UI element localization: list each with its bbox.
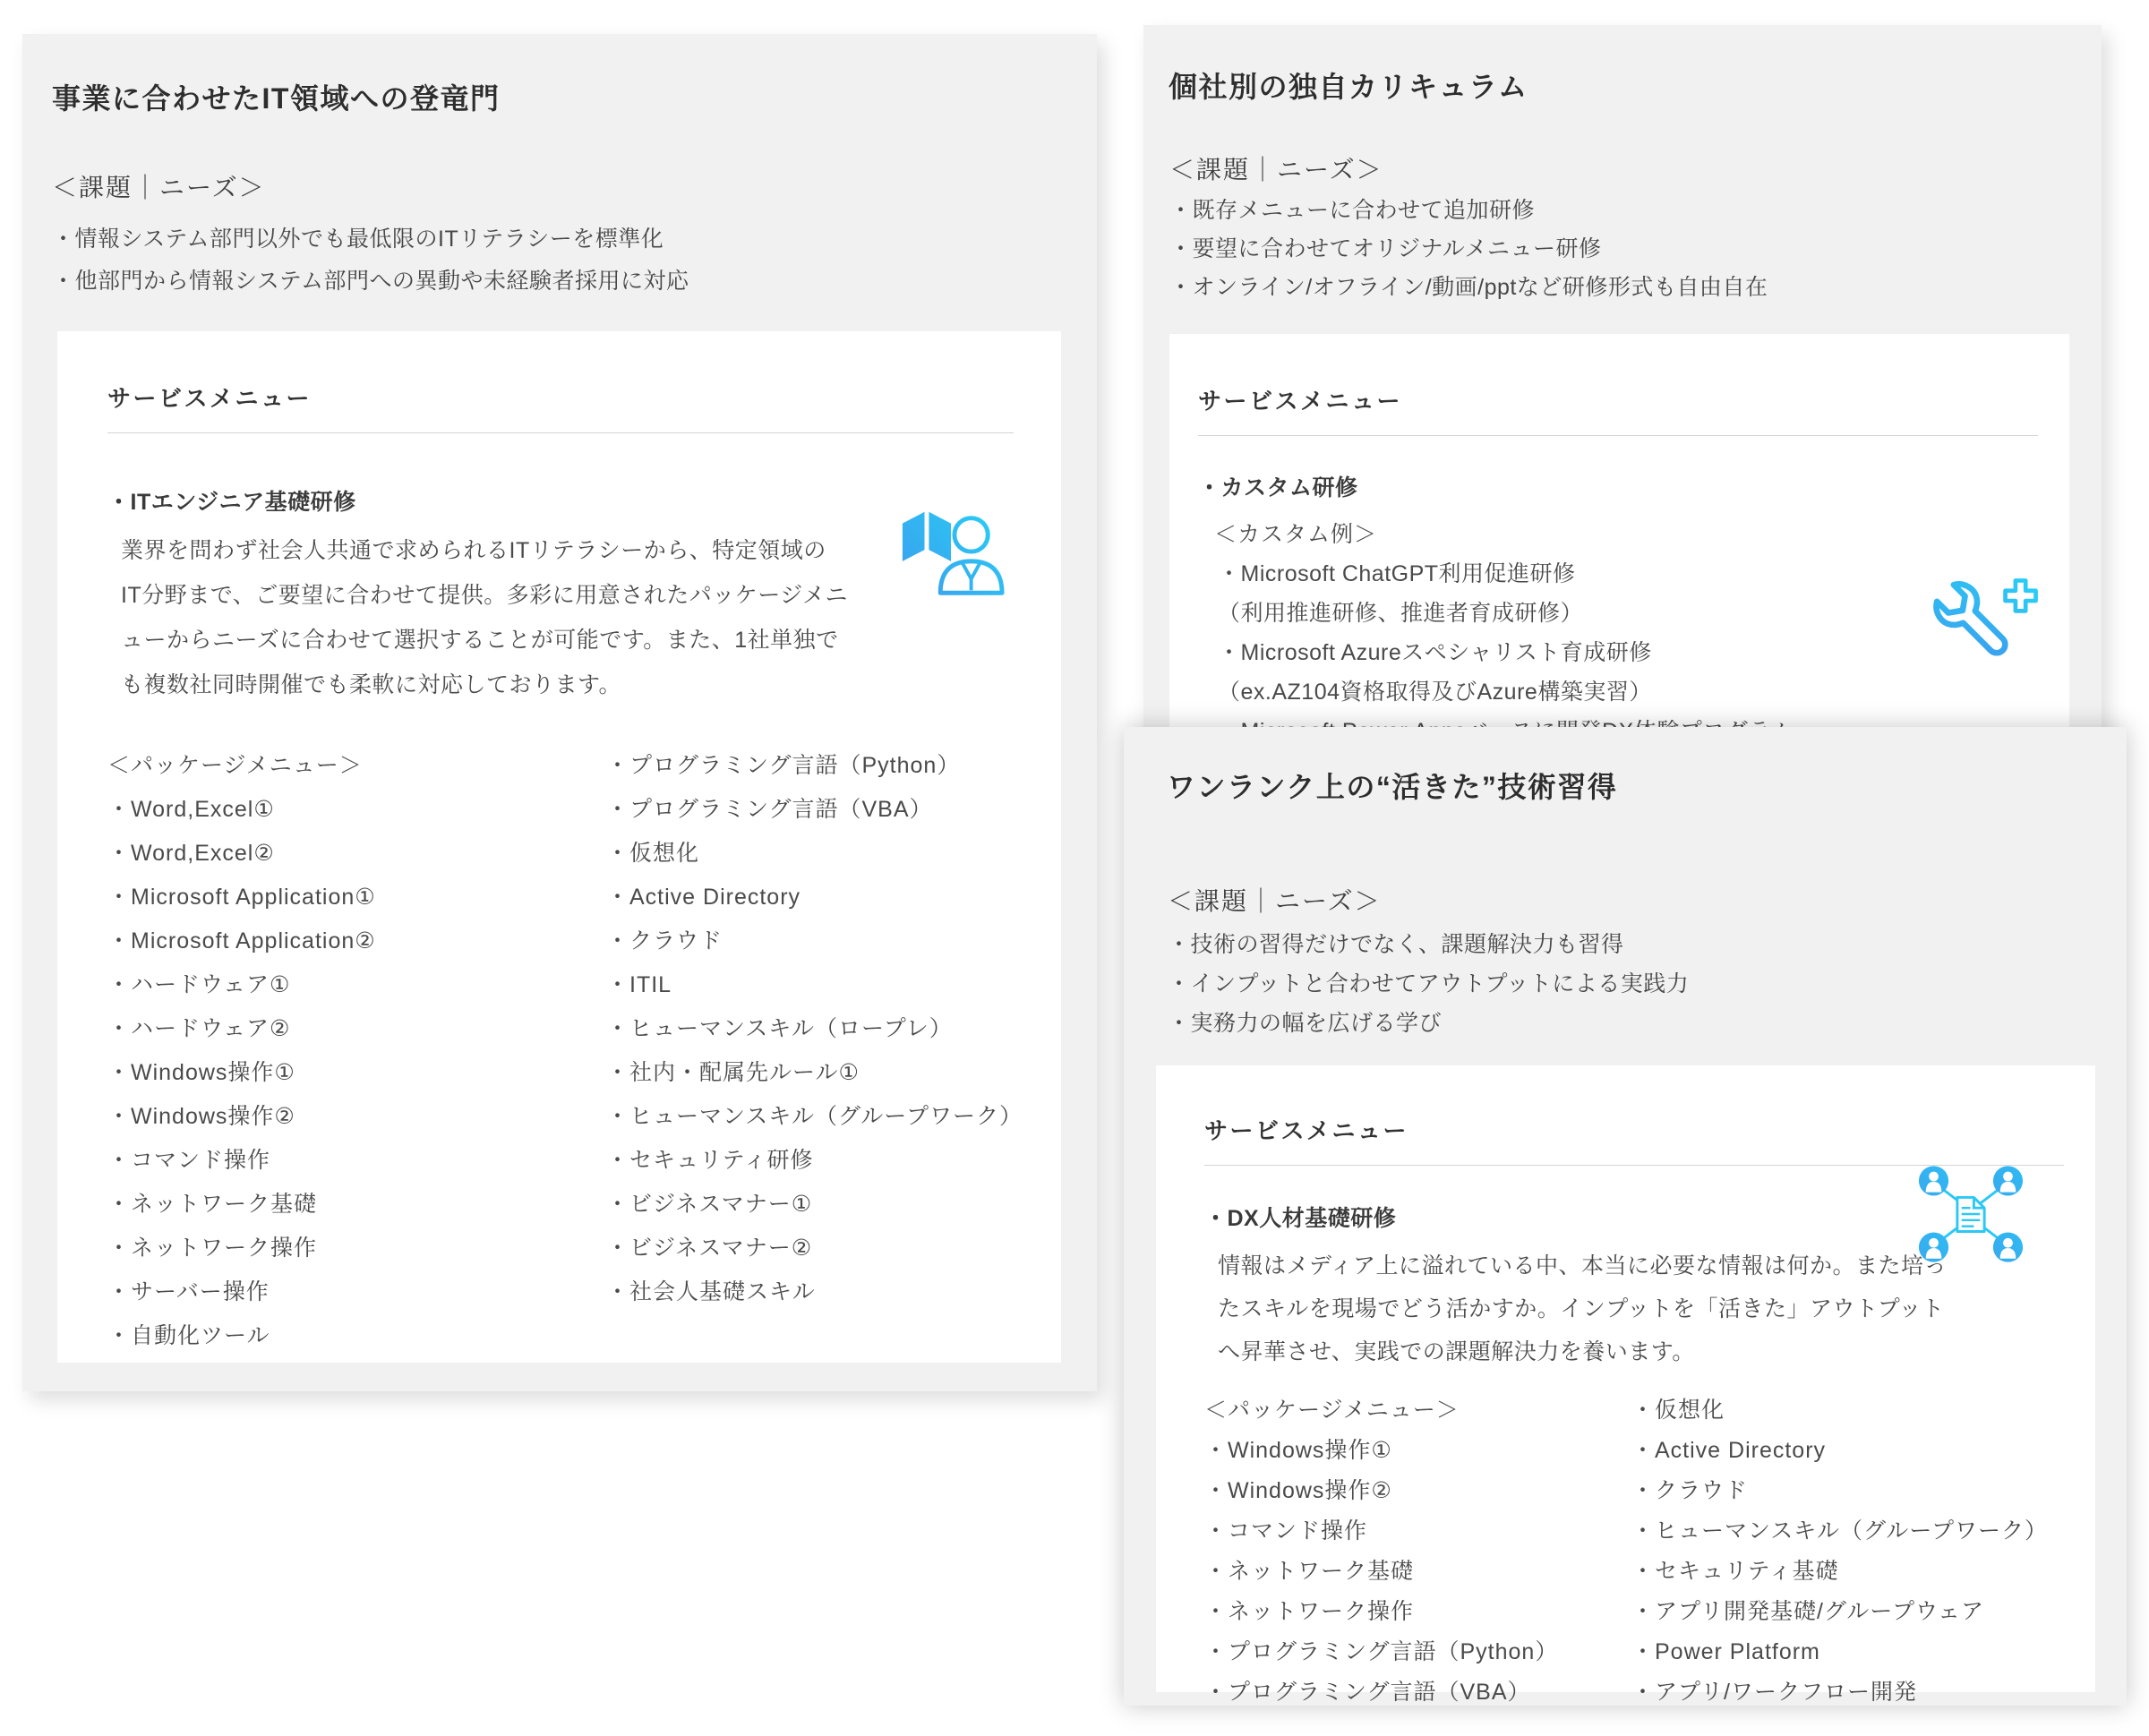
package-item: ・クラウド xyxy=(1631,1471,2048,1511)
package-item: ・仮想化 xyxy=(1631,1390,2048,1431)
package-item: ・ネットワーク操作 xyxy=(1204,1592,1631,1632)
package-item: ・自動化ツール xyxy=(107,1314,606,1358)
needs-heading: ＜課題｜ニーズ＞ xyxy=(52,168,689,204)
package-item: ・ITIL xyxy=(606,963,1023,1007)
package-item: ・アプリ開発基礎/グループウェア xyxy=(1631,1592,2048,1632)
package-item: ・Word,Excel① xyxy=(107,788,606,832)
divider xyxy=(1198,435,2038,436)
need-line: ・インプットと合わせてアウトプットによる実践力 xyxy=(1168,964,1689,1004)
wrench-plus-icon xyxy=(1925,575,2043,673)
service-title: ・ITエンジニア基礎研修 xyxy=(107,484,1014,517)
needs-heading: ＜課題｜ニーズ＞ xyxy=(1169,150,1768,186)
service-menu-panel: サービスメニュー ・DX人材基礎研修 情報はメディア上に溢れている中、本当に必要… xyxy=(1156,1065,2095,1692)
card-it-gateway: 事業に合わせたIT領域への登竜門 ＜課題｜ニーズ＞ ・情報システム部門以外でも最… xyxy=(22,34,1097,1391)
package-item: ・セキュリティ基礎 xyxy=(1631,1552,2048,1592)
service-menu-label: サービスメニュー xyxy=(1198,383,2038,416)
custom-examples-heading: ＜カスタム例＞ xyxy=(1214,515,2038,554)
package-item: ・Microsoft Application① xyxy=(107,876,606,919)
desc-line: たスキルを現場でどう活かすか。インプットを「活きた」アウトプット xyxy=(1218,1287,2064,1330)
service-description: 業界を問わず社会人共通で求められるITリテラシーから、特定領域のIT分野まで、ご… xyxy=(121,528,1014,707)
package-item: ・Word,Excel② xyxy=(107,832,606,876)
package-heading: ＜パッケージメニュー＞ xyxy=(107,744,606,788)
custom-item: （ex.AZ104資格取得及びAzure構築実習） xyxy=(1218,672,2038,712)
package-item: ・プログラミング言語（VBA） xyxy=(606,788,1023,832)
package-item: ・プログラミング言語（Python） xyxy=(606,744,1023,788)
book-person-icon xyxy=(895,501,1006,607)
need-line: ・情報システム部門以外でも最低限のITリテラシーを標準化 xyxy=(52,218,689,261)
package-item: ・ネットワーク操作 xyxy=(107,1227,606,1270)
desc-line: ューからニーズに合わせて選択することが可能です。また、1社単独で xyxy=(121,618,1014,663)
package-menu: ＜パッケージメニュー＞ ・Windows操作①・Windows操作②・コマンド操… xyxy=(1204,1390,2064,1713)
package-item: ・Power Platform xyxy=(1631,1632,2048,1672)
package-item: ・ハードウェア① xyxy=(107,963,606,1007)
need-line: ・技術の習得だけでなく、課題解決力も習得 xyxy=(1168,925,1689,964)
package-item: ・ハードウェア② xyxy=(107,1007,606,1051)
package-item: ・Windows操作① xyxy=(1204,1431,1631,1471)
package-item: ・Microsoft Application② xyxy=(107,919,606,963)
package-item: ・ビジネスマナー② xyxy=(606,1227,1023,1270)
package-item: ・Windows操作② xyxy=(107,1095,606,1139)
desc-line: へ昇華させ、実践での課題解決力を養います。 xyxy=(1218,1330,2064,1373)
card-title: ワンランク上の“活きた”技術習得 xyxy=(1167,765,1617,806)
card-title: 事業に合わせたIT領域への登竜門 xyxy=(52,76,500,117)
people-document-icon xyxy=(1916,1164,2025,1264)
desc-line: IT分野まで、ご要望に合わせて提供。多彩に用意されたパッケージメニ xyxy=(121,573,1014,618)
service-title: ・カスタム研修 xyxy=(1198,470,2038,502)
package-item: ・仮想化 xyxy=(606,832,1023,876)
package-heading: ＜パッケージメニュー＞ xyxy=(1204,1390,1631,1431)
package-column-1: ＜パッケージメニュー＞ ・Windows操作①・Windows操作②・コマンド操… xyxy=(1204,1390,1631,1713)
package-column-2: ・プログラミング言語（Python）・プログラミング言語（VBA）・仮想化・Ac… xyxy=(606,744,1023,1358)
package-item: ・社内・配属先ルール① xyxy=(606,1051,1023,1095)
package-item: ・コマンド操作 xyxy=(107,1139,606,1183)
package-item: ・ヒューマンスキル（グループワーク） xyxy=(606,1095,1023,1139)
desc-line: も複数社同時開催でも柔軟に対応しております。 xyxy=(121,663,1014,707)
package-item: ・社会人基礎スキル xyxy=(606,1270,1023,1314)
package-item: ・ヒューマンスキル（グループワーク） xyxy=(1631,1511,2048,1552)
package-item: ・ビジネスマナー① xyxy=(606,1183,1023,1227)
package-item: ・Windows操作① xyxy=(107,1051,606,1095)
package-item: ・ヒューマンスキル（ロープレ） xyxy=(606,1007,1023,1051)
needs-heading: ＜課題｜ニーズ＞ xyxy=(1168,882,1689,918)
package-item: ・クラウド xyxy=(606,919,1023,963)
need-line: ・他部門から情報システム部門への異動や未経験者採用に対応 xyxy=(52,261,689,303)
package-item: ・プログラミング言語（VBA） xyxy=(1204,1672,1631,1713)
package-item: ・アプリ/ワークフロー開発 xyxy=(1631,1672,2048,1713)
package-item: ・サーバー操作 xyxy=(107,1270,606,1314)
package-item: ・ネットワーク基礎 xyxy=(1204,1552,1631,1592)
card-title: 個社別の独自カリキュラム xyxy=(1169,64,1528,106)
service-menu-panel: サービスメニュー ・ITエンジニア基礎研修 業界を問わず社会人共通で求められるI… xyxy=(57,331,1061,1363)
package-item: ・コマンド操作 xyxy=(1204,1511,1631,1552)
needs-section: ＜課題｜ニーズ＞ ・技術の習得だけでなく、課題解決力も習得・インプットと合わせて… xyxy=(1168,882,1689,1043)
need-line: ・オンライン/オフライン/動画/pptなど研修形式も自由自在 xyxy=(1169,269,1768,307)
package-column-1: ＜パッケージメニュー＞ ・Word,Excel①・Word,Excel②・Mic… xyxy=(107,744,606,1358)
package-item: ・Active Directory xyxy=(1631,1431,2048,1471)
need-line: ・既存メニューに合わせて追加研修 xyxy=(1169,192,1768,230)
needs-section: ＜課題｜ニーズ＞ ・既存メニューに合わせて追加研修・要望に合わせてオリジナルメニ… xyxy=(1169,150,1768,307)
package-item: ・Windows操作② xyxy=(1204,1471,1631,1511)
custom-examples-list: ・Microsoft ChatGPT利用促進研修（利用推進研修、推進者育成研修）… xyxy=(1218,554,2038,751)
package-item: ・Active Directory xyxy=(606,876,1023,919)
page: 事業に合わせたIT領域への登竜門 ＜課題｜ニーズ＞ ・情報システム部門以外でも最… xyxy=(0,0,2149,1736)
need-line: ・実務力の幅を広げる学び xyxy=(1168,1004,1689,1043)
divider xyxy=(107,432,1014,433)
package-column-2: ・仮想化・Active Directory・クラウド・ヒューマンスキル（グループ… xyxy=(1631,1390,2048,1713)
package-item: ・ネットワーク基礎 xyxy=(107,1183,606,1227)
custom-item: ・Microsoft ChatGPT利用促進研修 xyxy=(1218,554,2038,594)
card-advanced-skills: ワンランク上の“活きた”技術習得 ＜課題｜ニーズ＞ ・技術の習得だけでなく、課題… xyxy=(1124,727,2127,1706)
needs-section: ＜課題｜ニーズ＞ ・情報システム部門以外でも最低限のITリテラシーを標準化・他部… xyxy=(52,168,689,303)
package-item: ・セキュリティ研修 xyxy=(606,1139,1023,1183)
custom-item: ・Microsoft Azureスペシャリスト育成研修 xyxy=(1218,633,2038,672)
service-menu-label: サービスメニュー xyxy=(107,381,1014,414)
need-line: ・要望に合わせてオリジナルメニュー研修 xyxy=(1169,230,1768,269)
desc-line: 業界を問わず社会人共通で求められるITリテラシーから、特定領域の xyxy=(121,528,1014,573)
package-menu: ＜パッケージメニュー＞ ・Word,Excel①・Word,Excel②・Mic… xyxy=(107,744,1014,1358)
package-item: ・プログラミング言語（Python） xyxy=(1204,1632,1631,1672)
custom-item: （利用推進研修、推進者育成研修） xyxy=(1218,594,2038,633)
service-menu-label: サービスメニュー xyxy=(1204,1113,2064,1146)
